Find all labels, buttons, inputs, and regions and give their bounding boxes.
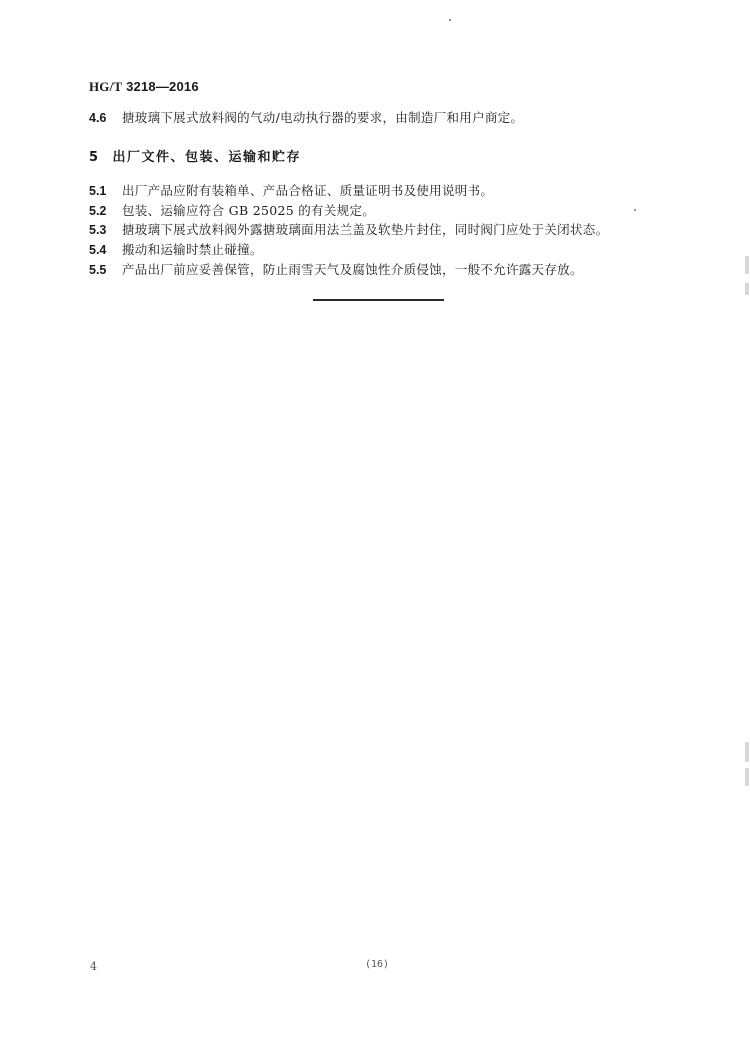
- clause-number: 5.3: [89, 222, 118, 238]
- clause-5-1: 5.1 出厂产品应附有装箱单、产品合格证、质量证明书及使用说明书。: [89, 183, 493, 199]
- clause-text: 产品出厂前应妥善保管，防止雨雪天气及腐蚀性介质侵蚀，一般不允许露天存放。: [122, 262, 583, 277]
- clause-4-6: 4.6 搪玻璃下展式放料阀的气动/电动执行器的要求，由制造厂和用户商定。: [89, 110, 523, 126]
- clause-5-4: 5.4 搬动和运输时禁止碰撞。: [89, 242, 263, 258]
- section-number: 5: [89, 150, 108, 165]
- clause-5-2: 5.2 包装、运输应符合 GB 25025 的有关规定。: [89, 203, 375, 219]
- section-heading: 5 出厂文件、包装、运输和贮存: [89, 146, 301, 165]
- clause-text: 搬动和运输时禁止碰撞。: [122, 242, 263, 257]
- clause-number: 5.5: [89, 262, 118, 278]
- standard-prefix: HG/T: [89, 79, 122, 94]
- clause-number: 5.2: [89, 203, 118, 219]
- page-sequence: (16): [365, 959, 389, 970]
- end-of-document-rule: [313, 299, 444, 301]
- clause-number: 4.6: [89, 110, 118, 126]
- clause-text: 包装、运输应符合 GB 25025 的有关规定。: [122, 203, 375, 218]
- clause-5-5: 5.5 产品出厂前应妥善保管，防止雨雪天气及腐蚀性介质侵蚀，一般不允许露天存放。: [89, 262, 583, 278]
- clause-text: 出厂产品应附有装箱单、产品合格证、质量证明书及使用说明书。: [122, 183, 493, 198]
- scan-artifact: [745, 256, 749, 274]
- page-number: 4: [90, 960, 97, 973]
- scan-artifact: [449, 19, 451, 21]
- section-title: 出厂文件、包装、运输和贮存: [113, 150, 302, 165]
- standard-number: 3218—2016: [126, 79, 199, 94]
- scan-artifact: [745, 742, 749, 762]
- clause-text: 搪玻璃下展式放料阀外露搪玻璃面用法兰盖及软垫片封住，同时阀门应处于关闭状态。: [122, 222, 608, 237]
- clause-5-3: 5.3 搪玻璃下展式放料阀外露搪玻璃面用法兰盖及软垫片封住，同时阀门应处于关闭状…: [89, 222, 608, 238]
- clause-number: 5.1: [89, 183, 118, 199]
- scan-artifact: [634, 209, 636, 211]
- scan-artifact: [745, 283, 749, 295]
- clause-text: 搪玻璃下展式放料阀的气动/电动执行器的要求，由制造厂和用户商定。: [122, 110, 523, 125]
- document-page: HG/T 3218—2016 4.6 搪玻璃下展式放料阀的气动/电动执行器的要求…: [0, 0, 750, 1060]
- standard-code-header: HG/T 3218—2016: [89, 79, 199, 95]
- clause-number: 5.4: [89, 242, 118, 258]
- scan-artifact: [745, 768, 749, 786]
